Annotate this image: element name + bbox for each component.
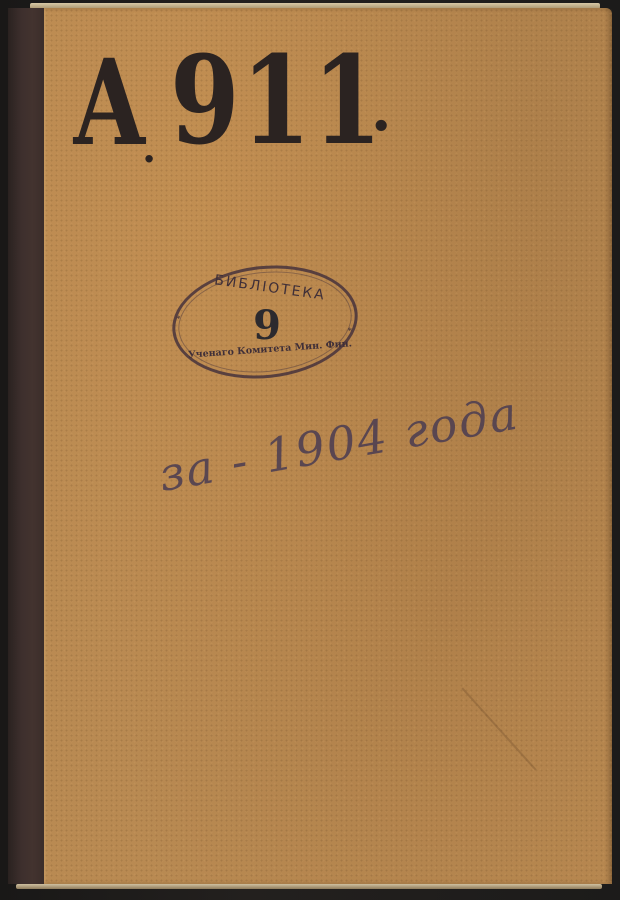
page-edge-bottom — [16, 884, 602, 889]
library-oval-stamp: БИБЛІОТЕКА 9 Ученаго Комитета Мин. Фин. … — [172, 266, 358, 378]
book-spine — [8, 8, 46, 884]
stamp-star-icon: * — [176, 314, 181, 324]
shelfmark-number: 911 — [170, 28, 384, 172]
folder-cover: А.911. БИБЛІОТЕКА 9 Ученаго Комитета Мин… — [44, 8, 612, 884]
stamp-star-icon: * — [348, 326, 353, 336]
handwritten-year-note: за - 1904 года — [155, 386, 523, 502]
shelfmark-stamp: А.911. — [72, 28, 394, 172]
shelfmark-letter: А — [72, 33, 149, 172]
stamp-number: 9 — [252, 302, 282, 349]
paper-crease — [461, 687, 536, 770]
